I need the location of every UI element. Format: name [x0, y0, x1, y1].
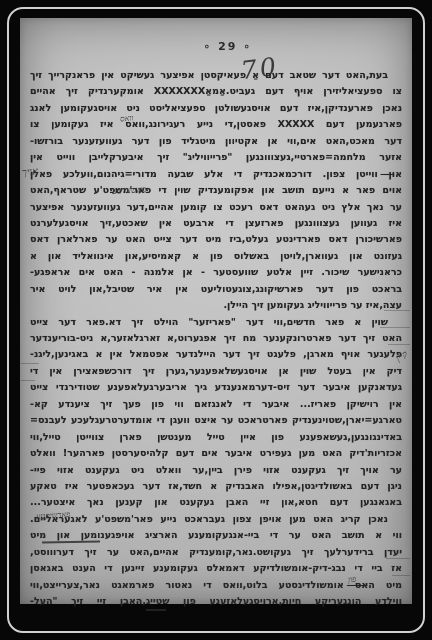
- text-line: כראנישער שיכור. זיין אלטע שוועסטער - אן …: [30, 265, 402, 281]
- text-line: איז געווען געצווונגען פארזעצן די ארבעט א…: [30, 216, 402, 232]
- typescript-page: ∘ 29 ∘ 70 בעת,האט דער שטאב דעם אַ פעאיקס…: [20, 18, 412, 604]
- text-line: אוים פאר א נייעם תושב און אפקומענדיק שוי…: [30, 183, 402, 199]
- text-line: צו ספעציאליזירן אויף דעם געביט.אַמאַXXXX…: [30, 84, 402, 100]
- text-line: שוין א פאר חדשים,ווי דער "פאריזער" הוילט…: [30, 315, 402, 331]
- pencil-margin-dash: [392, 575, 410, 576]
- text-line: בראכט פון דער פארשיקונג,צוגעטוליעט אין א…: [30, 282, 402, 298]
- text-line: מיט ה̶א̶ס̶ אומשולדיגסטע בלוט,וואס די נאט…: [30, 578, 402, 594]
- pencil-margin-dash: [384, 310, 410, 311]
- pencil-margin-dash: [388, 344, 410, 345]
- text-line: נאכן קריג האט מען אויפן צפון געבראכט ניי…: [30, 512, 402, 528]
- text-line: יעדן ברידערלעך זיך געקושט.נאר,קומענדיק א…: [30, 545, 402, 561]
- text-line: געזונט און געווארן,לויטן באשלוס פון א קא…: [30, 249, 402, 265]
- text-line: אכזריות'דיק האט מען געפירט איבער אים דעם…: [30, 446, 402, 462]
- pencil-margin-dash: [386, 558, 410, 559]
- text-line: פארנעמען דעם XXXXX פאסטן,די נייע רעגירונ…: [30, 117, 402, 133]
- handwritten-margin-note-oych: אויך: [21, 166, 38, 179]
- text-line: עצה,איז ער פרייוויליג געקומען זיך היילן.: [30, 298, 402, 314]
- text-line: דיק אין בעטל שוין אן אויסגעשלאפענער,גערן…: [30, 364, 402, 380]
- handwritten-correction-fun: פון: [348, 575, 357, 585]
- text-line: געדאנקען איבער דער זיס-דערמאנענדע גיך אר…: [30, 380, 402, 396]
- text-line: אזער מלחמה=פארטיי,געצווונגען "פרייוויליג…: [30, 150, 402, 166]
- text-line: דער מאכט,האט אים,ווי אן אקטיוון מיטגליד …: [30, 134, 402, 150]
- text-line: א̶ו̶ן̶ ווייטן צפון. דורכמאכנדיק די אלע ש…: [30, 167, 402, 183]
- text-line: ווילדע הונגעריקע חיות,ארויסגעלאזענע פון …: [30, 594, 402, 610]
- text-line: נאכן פארענדיקן,איז דעם אויסגעשולטן ספעצי…: [30, 101, 402, 117]
- text-line: ניגן דעם באשולדיגטן,אפילו האבנדיק א חשד,…: [30, 479, 402, 495]
- pencil-margin-dash: [21, 363, 39, 364]
- text-line: אז ביי די נבג-דיק-אומשולדיקע דאמאלס געקו…: [30, 561, 402, 577]
- text-line: באדינגונגען,געשאפענע פון איין טייל מענטש…: [30, 430, 402, 446]
- pencil-margin-dash: [21, 380, 35, 381]
- text-line: פלעגער אויף מארגן, פלעגט זיך דער היילנדע…: [30, 347, 402, 363]
- pencil-margin-dash: [380, 327, 410, 328]
- text-line: האט זיך דער פארטרונקענער מח זיך אפגערוט,…: [30, 331, 402, 347]
- text-line: באגאנגען דעם חטא,און זיי האבן געקענט און…: [30, 495, 402, 511]
- text-block: בעת,האט דער שטאב דעם אַ פעאיקסטן אפיצער …: [30, 68, 402, 610]
- handwritten-correction-basherte: באַשערטע: [112, 184, 147, 197]
- hand-underline: [146, 609, 166, 611]
- text-line: ער נאך אלץ ניט געהאט דאס רעכט צו קומען א…: [30, 200, 402, 216]
- text-line: פארשיכורן דאס פארדינטע געלט,ביז מיט דער …: [30, 232, 402, 248]
- text-line: בעת,האט דער שטאב דעם אַ פעאיקסטן אפיצער …: [30, 68, 402, 84]
- handwritten-correction-vos: וואס: [120, 114, 134, 124]
- text-line: ער אויך זיך געקענט אזוי פירן ביין,ער ווא…: [30, 463, 402, 479]
- typed-page-number: ∘ 29 ∘: [203, 40, 252, 53]
- text-line: אין רוישיקן פאריז... איבער די לאנגזאם וו…: [30, 397, 402, 413]
- text-line: טארגע=יארן,שטוינענדיק פארטראכט ער איצט ו…: [30, 413, 402, 429]
- document-photo: ∘ 29 ∘ 70 בעת,האט דער שטאב דעם אַ פעאיקס…: [0, 0, 432, 640]
